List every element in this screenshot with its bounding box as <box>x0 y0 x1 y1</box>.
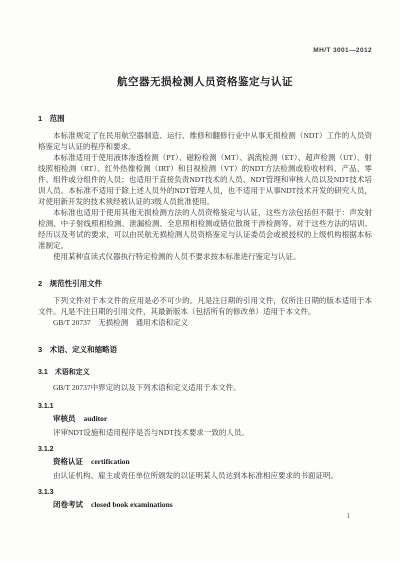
page-number: 1 <box>347 512 351 520</box>
scope-paragraph-1: 本标准规定了在民用航空器制造、运行、维修和翻修行业中从事无损检测（NDT）工作的… <box>38 130 372 152</box>
document-title: 航空器无损检测人员资格鉴定与认证 <box>38 74 372 89</box>
scope-paragraph-2: 本标准适用于使用液体渗透检测（PT）、磁粉检测（MT）、涡流检测（ET）、超声检… <box>38 152 372 207</box>
term-definition: 评审NDT设施和适用程序是否与NDT技术要求一致的人员。 <box>38 427 372 438</box>
term-name-zh: 资格认证 <box>53 457 83 466</box>
term-definition: 由认证机构、雇主或责任单位所颁发的以证明某人员达到本标准相应要求的书面证明。 <box>38 470 372 481</box>
term-name-en: closed book examinations <box>91 500 173 509</box>
reference-entry: GB/T 20737 无损检测 通用术语和定义 <box>38 317 372 328</box>
term-number: 3.1.3 <box>38 489 372 496</box>
term-name: 资格认证certification <box>38 456 372 467</box>
term-name-en: certification <box>91 457 130 466</box>
section-heading-terms: 3 术语、定义和缩略语 <box>38 344 372 355</box>
scope-paragraph-4: 使用某种直读式仪器执行特定检测的人员不要求按本标准进行鉴定与认证。 <box>38 251 372 262</box>
standard-number: MH/T 3001—2012 <box>38 0 372 54</box>
term-name-zh: 闭卷考试 <box>53 500 83 509</box>
subsection-heading-terms: 3.1 术语和定义 <box>38 367 372 377</box>
term-name-zh: 审核员 <box>53 414 76 423</box>
references-paragraph: 下列文件对于本文件的应用是必不可少的。凡是注日期的引用文件，仅所注日期的版本适用… <box>38 295 372 317</box>
term-number: 3.1.2 <box>38 446 372 453</box>
section-heading-scope: 1 范围 <box>38 113 372 124</box>
scope-paragraph-3: 本标准也适用于使用其他无损检测方法的人员资格鉴定与认证，这些方法包括但不限于：声… <box>38 207 372 251</box>
term-name: 闭卷考试closed book examinations <box>38 499 372 510</box>
term-name: 审核员auditor <box>38 413 372 424</box>
term-name-en: auditor <box>84 414 108 423</box>
term-number: 3.1.1 <box>38 403 372 410</box>
section-heading-references: 2 规范性引用文件 <box>38 278 372 289</box>
terms-intro: GB/T 20737中界定的以及下列术语和定义适用于本文件。 <box>38 382 372 393</box>
document-page: MH/T 3001—2012 航空器无损检测人员资格鉴定与认证 1 范围 本标准… <box>0 0 400 561</box>
